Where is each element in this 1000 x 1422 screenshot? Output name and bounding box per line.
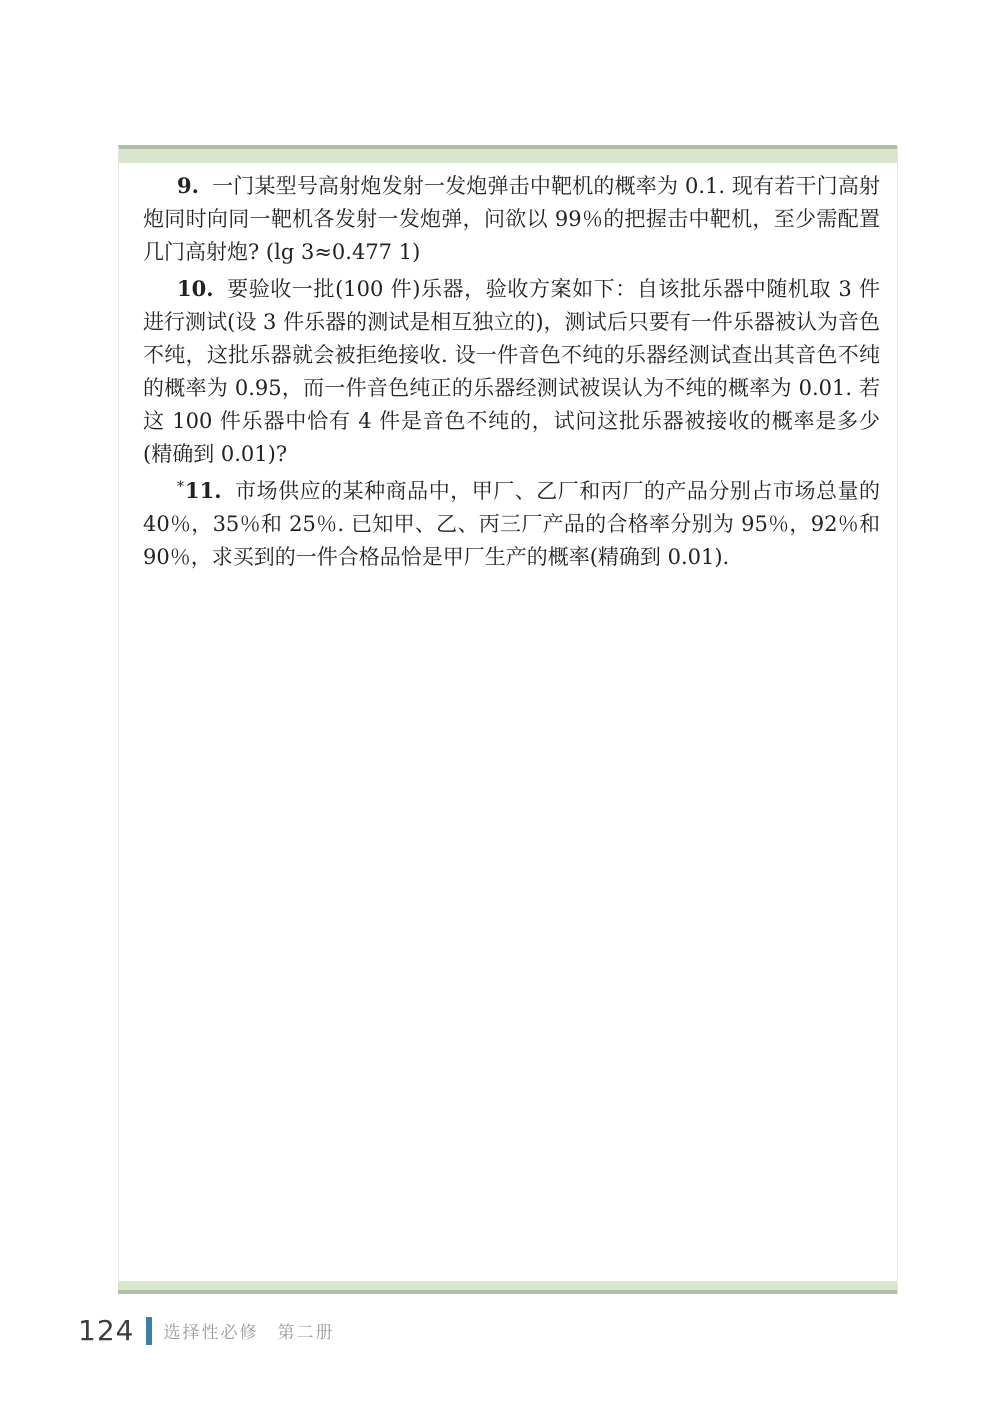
exercise-text-block: 9.一门某型号高射炮发射一发炮弹击中靶机的概率为 0.1. 现有若干门高射炮同时… [143, 166, 880, 574]
page-frame-right-line [897, 146, 898, 1294]
problem-11-text: 市场供应的某种商品中，甲厂、乙厂和丙厂的产品分别占市场总量的 40％，35％和 … [143, 479, 880, 569]
problem-11-number: 11. [185, 478, 222, 503]
footer-divider-bar [146, 1317, 152, 1345]
page-frame-left-line [118, 146, 119, 1294]
problem-10: 10.要验收一批(100 件)乐器，验收方案如下：自该批乐器中随机取 3 件进行… [143, 269, 880, 471]
problem-10-text: 要验收一批(100 件)乐器，验收方案如下：自该批乐器中随机取 3 件进行测试(… [143, 277, 880, 466]
problem-10-number: 10. [177, 276, 214, 301]
problem-9: 9.一门某型号高射炮发射一发炮弹击中靶机的概率为 0.1. 现有若干门高射炮同时… [143, 166, 880, 269]
page-footer: 124 选择性必修 第二册 [78, 1314, 334, 1347]
footer-green-bar [118, 1281, 897, 1294]
problem-11: *11.市场供应的某种商品中，甲厂、乙厂和丙厂的产品分别占市场总量的 40％，3… [143, 471, 880, 574]
problem-9-text: 一门某型号高射炮发射一发炮弹击中靶机的概率为 0.1. 现有若干门高射炮同时向同… [143, 174, 880, 264]
page-number: 124 [78, 1314, 134, 1347]
header-green-bar [118, 145, 897, 163]
problem-9-number: 9. [177, 173, 199, 198]
problem-11-star: * [177, 479, 185, 495]
book-title-label: 选择性必修 第二册 [163, 1318, 334, 1343]
